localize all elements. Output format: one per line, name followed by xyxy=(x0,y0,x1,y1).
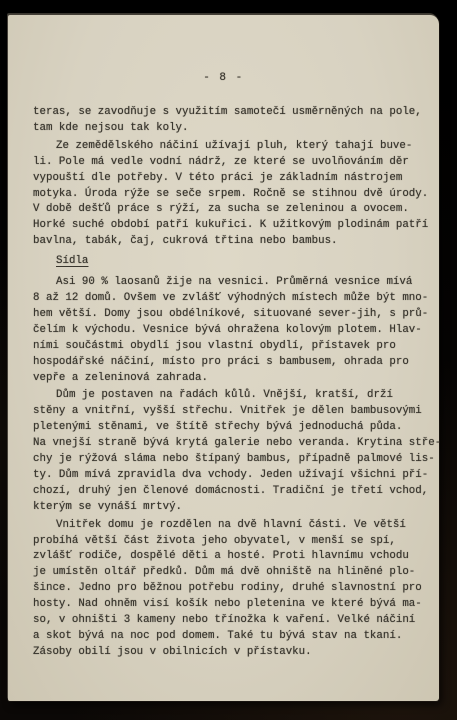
paragraph: Ze zemědělského náčiní užívají pluh, kte… xyxy=(33,139,429,250)
document-page: - 8 - teras, se zavodňuje s využitím sam… xyxy=(8,15,439,701)
page-number: - 8 - xyxy=(8,72,439,84)
text-line: vepře a zeleninová zahrada. xyxy=(33,371,429,387)
text-line: čelím k východu. Vesnice bývá ohražena k… xyxy=(33,323,429,339)
text-line: tam kde nejsou tak koly. xyxy=(33,121,429,137)
text-line: Na vnejší straně bývá krytá galerie nebo… xyxy=(33,436,429,452)
text-line: motyka. Úroda rýže se seče srpem. Ročně … xyxy=(33,187,429,203)
paragraph: Vnitřek domu je rozdělen na dvě hlavní č… xyxy=(33,518,429,661)
text-line: ními součástmi obydlí jsou vlastní obydl… xyxy=(33,339,429,355)
text-line: šince. Jedno pro běžnou potřebu rodiny, … xyxy=(33,581,429,597)
text-line: zvlášť rodiče, dospělé děti a hosté. Pro… xyxy=(33,549,429,565)
text-line: Zásoby obilí jsou v obilnicích v přístav… xyxy=(33,645,429,661)
text-line: teras, se zavodňuje s využitím samotečí … xyxy=(33,105,429,121)
text-line: pletenými stěnami, ve štítě střechy bývá… xyxy=(33,420,429,436)
text-line: V době dešťů práce s rýží, za sucha se z… xyxy=(33,202,429,218)
text-line: kterým se vynáší mrtvý. xyxy=(33,500,429,516)
text-line: je umístěn oltář předků. Dům má dvě ohni… xyxy=(33,565,429,581)
text-line: Asi 90 % laosanů žije na vesnici. Průměr… xyxy=(33,275,429,291)
paragraph: teras, se zavodňuje s využitím samotečí … xyxy=(33,105,429,137)
text-line: hospodářské náčiní, místo pro práci s ba… xyxy=(33,355,429,371)
text-line: a skot bývá na noc pod domem. Také tu bý… xyxy=(33,629,429,645)
text-line: chozí, druhý jen členové domácnosti. Tra… xyxy=(33,484,429,500)
text-line: bavlna, tabák, čaj, cukrová třtina nebo … xyxy=(33,234,429,250)
text-line: Ze zemědělského náčiní užívají pluh, kte… xyxy=(33,139,429,155)
text-line: Horké suché období patří kukuřici. K uži… xyxy=(33,218,429,234)
paragraph: Asi 90 % laosanů žije na vesnici. Průměr… xyxy=(33,275,429,386)
paragraph: Dům je postaven na řadách kůlů. Vnější, … xyxy=(33,388,429,515)
text-line: vypouští dle potřeby. V této práci je zá… xyxy=(33,171,429,187)
text-line: Dům je postaven na řadách kůlů. Vnější, … xyxy=(33,388,429,404)
text-line: Vnitřek domu je rozdělen na dvě hlavní č… xyxy=(33,518,429,534)
text-line: hem větší. Domy jsou obdélníkové, situov… xyxy=(33,307,429,323)
text-line: ty. Dům mívá zpravidla dva vchody. Jeden… xyxy=(33,468,429,484)
text-line: so, v ohništi 3 kameny nebo třínožka k v… xyxy=(33,613,429,629)
document-body: teras, se zavodňuje s využitím samotečí … xyxy=(33,105,429,663)
text-line: 8 až 12 domů. Ovšem ve zvlášť výhodných … xyxy=(33,291,429,307)
text-line: chy je rýžová sláma nebo štípaný bambus,… xyxy=(33,452,429,468)
text-line: probíhá větší část života jeho obyvatel,… xyxy=(33,534,429,550)
text-line: hosty. Nad ohněm visí košík nebo pleteni… xyxy=(33,597,429,613)
section-heading: Sídla xyxy=(33,254,429,270)
text-line: li. Pole má vedle vodní nádrž, ze které … xyxy=(33,155,429,171)
text-line: stěny a vnitřní, vyšší střechu. Vnitřek … xyxy=(33,404,429,420)
